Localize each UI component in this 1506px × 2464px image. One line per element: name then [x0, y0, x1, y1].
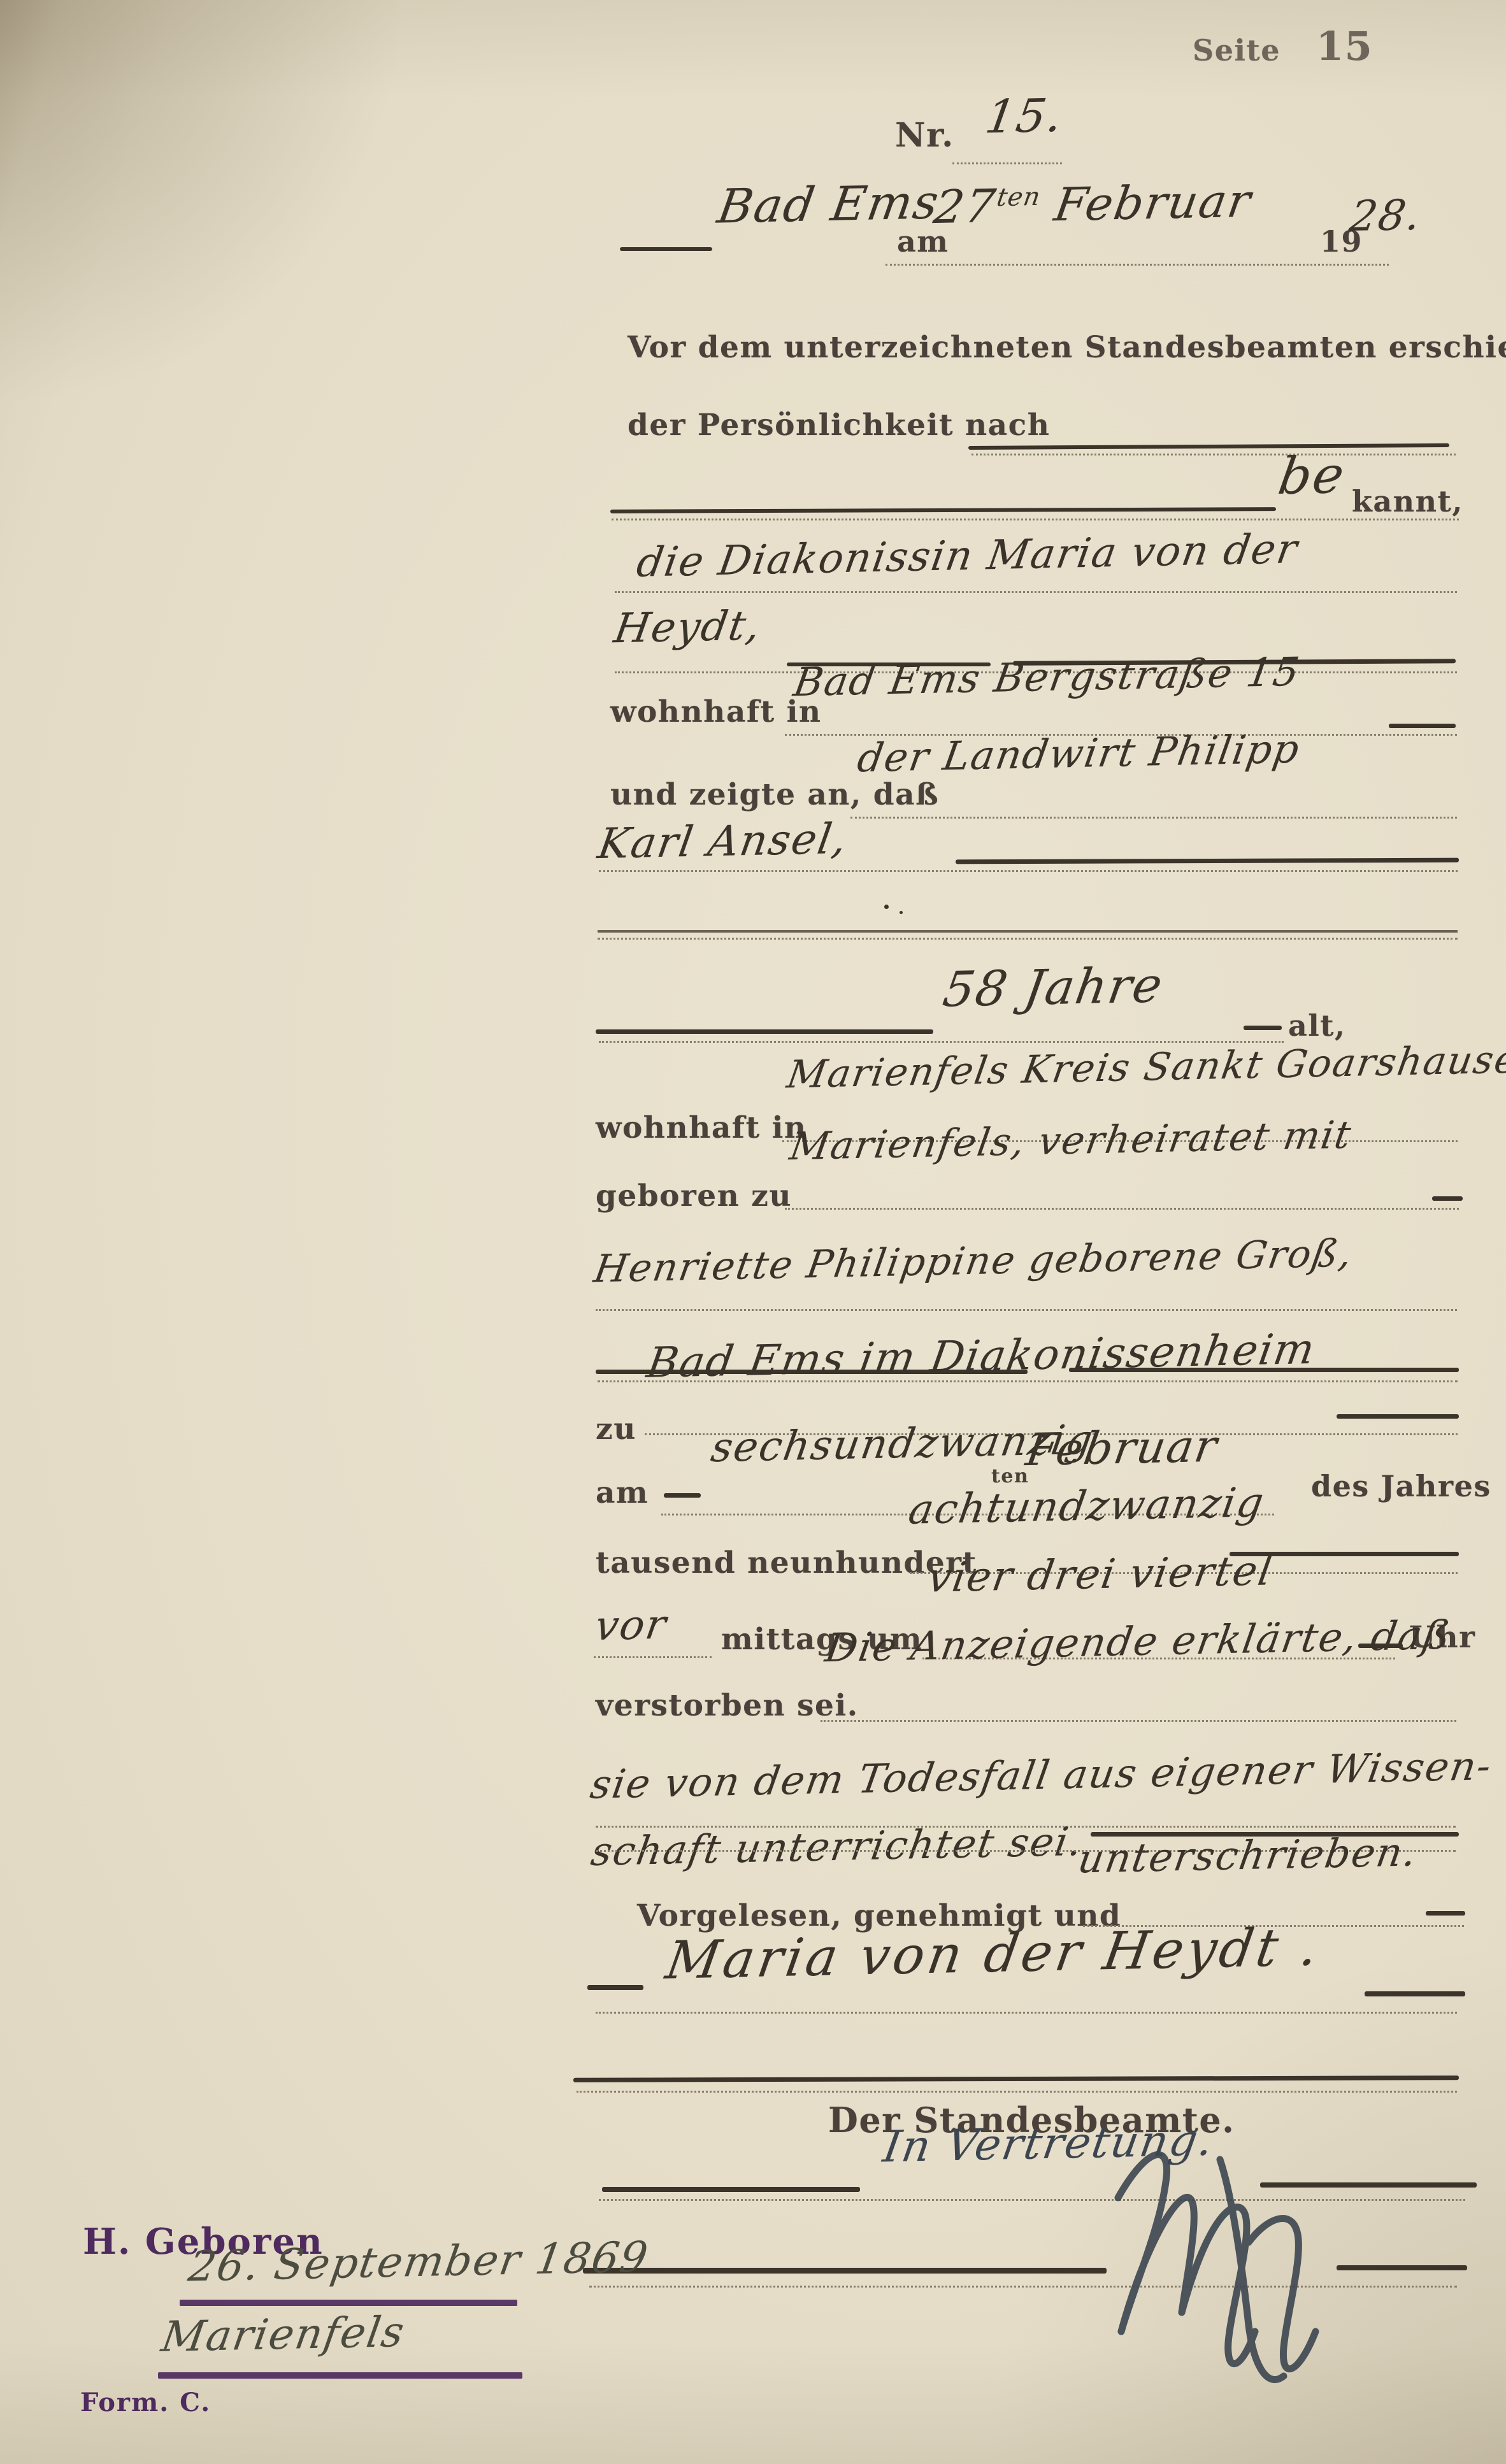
am2-label: am: [596, 1475, 649, 1510]
fill-line: [577, 2091, 1457, 2093]
closing-handwritten: unterschrieben.: [1075, 1828, 1421, 1882]
verstorben-label: verstorben sei.: [596, 1688, 859, 1723]
fill-line: [952, 162, 1062, 164]
page-label: Seite: [1193, 33, 1280, 68]
ink-stroke: [587, 1985, 643, 1990]
ink-blot: [884, 905, 889, 909]
ink-stroke: [1337, 1414, 1459, 1419]
deceased-birthplace: Marienfels, verheiratet mit: [787, 1113, 1355, 1169]
tausend-label: tausend neunhundert: [596, 1545, 977, 1580]
deceased-residence: Marienfels Kreis Sankt Goarshausen: [784, 1037, 1506, 1098]
fill-line: [612, 519, 1459, 520]
ink-stroke: [1426, 1911, 1465, 1916]
deceased-age: 58 Jahre: [939, 956, 1167, 1017]
declaration-line-3: schaft unterrichtet sei.: [588, 1818, 1087, 1875]
registrar-signature: [1058, 2121, 1376, 2402]
fill-line: [850, 817, 1457, 819]
intro-line-1: Vor dem unterzeichneten Standesbeamten e…: [627, 330, 1506, 365]
ink-stroke: [596, 1029, 933, 1034]
ink-stroke: [956, 858, 1459, 864]
death-register-page: Seite 15 Nr. 15. Bad Ems am 27ten Februa…: [0, 0, 1506, 2464]
declaration-line-2: sie von dem Todesfall aus eigener Wissen…: [587, 1742, 1495, 1807]
death-month: Februar: [1022, 1420, 1221, 1476]
stamp-rule: [158, 2372, 522, 2379]
ink-stroke: [583, 2268, 1107, 2274]
fill-line: [785, 1208, 1459, 1210]
page-number: 15: [1316, 23, 1373, 69]
fill-line: [598, 938, 1458, 940]
zu-label: zu: [596, 1412, 636, 1447]
ink-stroke: [1432, 1196, 1463, 1201]
fill-line: [594, 1656, 712, 1658]
wohnhaft2-label: wohnhaft in: [596, 1110, 807, 1145]
alt-label: alt,: [1288, 1008, 1346, 1043]
death-year: achtundzwanzig: [905, 1479, 1268, 1534]
stamp-rule: [180, 2300, 517, 2306]
deceased-spouse: Henriette Philippine geborene Groß,: [591, 1231, 1356, 1292]
des-jahres-label: des Jahres: [1311, 1469, 1491, 1503]
declarant-signature: Maria von der Heydt .: [662, 1917, 1325, 1991]
declaration-line-1: Die Anzeigende erklärte, daß: [822, 1612, 1454, 1671]
ink-stroke: [1365, 1991, 1465, 1996]
fill-line: [596, 1309, 1457, 1311]
fill-line: [615, 591, 1457, 593]
stamp-birth-place: Marienfels: [158, 2307, 408, 2361]
year-handwritten: 28.: [1347, 190, 1425, 241]
bekannt-handwritten: be: [1275, 445, 1349, 506]
bekannt-printed: kannt,: [1352, 484, 1463, 519]
fill-line: [972, 454, 1456, 455]
declarant-line-1: die Diakonissin Maria von der: [633, 526, 1301, 587]
ink-stroke: [602, 2187, 860, 2192]
deceased-line-1: der Landwirt Philipp: [854, 726, 1303, 781]
ink-stroke: [1244, 1026, 1282, 1030]
ink-stroke: [573, 2075, 1459, 2082]
vor-handwritten: vor: [592, 1601, 670, 1650]
fill-line: [886, 264, 1389, 266]
record-number-value: 15.: [982, 89, 1067, 144]
zeigte-label: und zeigte an, daß: [610, 777, 939, 812]
ink-stroke: [610, 507, 1276, 513]
record-number-label: Nr.: [895, 116, 954, 155]
death-time: vier drei viertel: [924, 1547, 1276, 1601]
declarant-line-2: Heydt,: [611, 603, 764, 653]
geboren-label: geboren zu: [596, 1178, 792, 1214]
wohnhaft-label: wohnhaft in: [610, 694, 822, 729]
printed-rule: [598, 930, 1458, 933]
fill-line: [599, 870, 1458, 872]
fill-line: [821, 1720, 1456, 1722]
stamp-birth-date: 26. September 1869: [185, 2232, 652, 2291]
ink-stroke: [664, 1493, 701, 1498]
deceased-line-2: Karl Ansel,: [594, 814, 851, 868]
form-label: Form. C.: [80, 2388, 211, 2417]
ink-stroke: [620, 247, 712, 251]
intro-line-2: der Persönlichkeit nach: [627, 408, 1050, 443]
ink-blot: [900, 911, 903, 914]
fill-line: [599, 1041, 1284, 1043]
death-place: Bad Ems im Diakonissenheim: [643, 1324, 1319, 1387]
record-date-handwritten: 27ten Februar: [931, 174, 1256, 234]
ink-stroke: [1389, 724, 1456, 728]
fill-line: [596, 2012, 1457, 2014]
declarant-residence: Bad Ems Bergstraße 15: [791, 648, 1303, 706]
ink-stroke: [968, 443, 1449, 450]
